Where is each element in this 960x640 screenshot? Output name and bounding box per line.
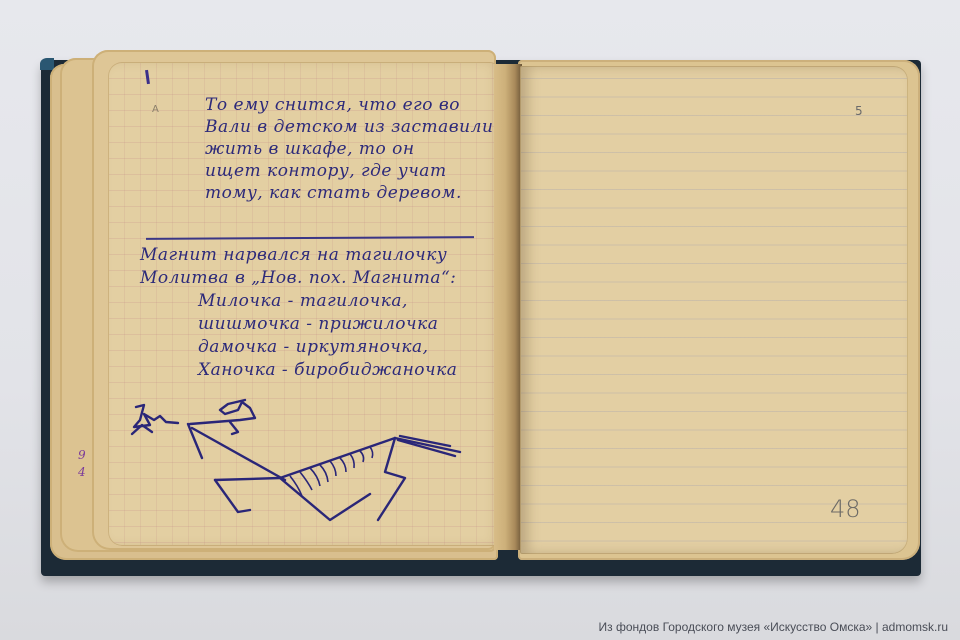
verse-line: Ханочка - биробиджаночка xyxy=(140,359,457,382)
page-number-bottom: 48 xyxy=(830,495,861,523)
right-page xyxy=(520,66,908,554)
page-number-top: 5 xyxy=(855,104,863,118)
violet-pencil-note: 9 4 xyxy=(78,447,86,481)
violet-mark: 4 xyxy=(78,464,86,481)
handwritten-verse-note: Магнит нарвался на тагилочку Молитва в „… xyxy=(140,244,457,382)
note-line: Вали в детском из заставили xyxy=(205,116,493,138)
photo-credit-caption: Из фондов Городского музея «Искусство Ом… xyxy=(599,620,948,634)
note-line: тому, как стать деревом. xyxy=(205,182,493,204)
note-line: Молитва в „Нов. пох. Магнита“: xyxy=(140,267,457,290)
verse-line: дамочка - иркутяночка, xyxy=(140,336,457,359)
violet-mark: 9 xyxy=(78,447,86,464)
verse-line: Милочка - тагилочка, xyxy=(140,290,457,313)
horse-sketch-drawing xyxy=(120,390,480,530)
photo-scene: A То ему снится, что его во Вали в детск… xyxy=(0,0,960,640)
pencil-mark: A xyxy=(152,104,159,115)
spine-gutter xyxy=(494,64,522,550)
note-line: ищет контору, где учат xyxy=(205,160,493,182)
note-line: жить в шкафе, то он xyxy=(205,138,493,160)
note-line: То ему снится, что его во xyxy=(205,94,493,116)
note-line: Магнит нарвался на тагилочку xyxy=(140,244,457,267)
cover-corner-wear xyxy=(40,58,54,70)
verse-line: шишмочка - прижилочка xyxy=(140,313,457,336)
handwritten-top-note: То ему снится, что его во Вали в детском… xyxy=(205,94,493,204)
